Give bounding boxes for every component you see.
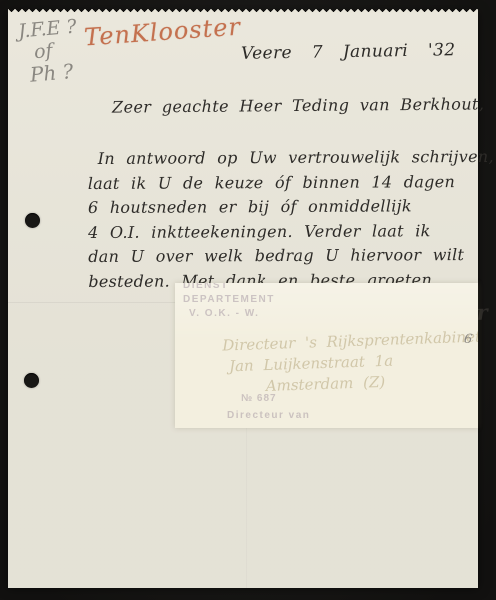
perforated-top-edge (8, 7, 478, 13)
red-pencil-name: TenKlooster (83, 13, 242, 52)
punch-hole-top (25, 213, 40, 228)
scanned-letter-page: { "scan": { "background_color": "#181715… (0, 0, 496, 600)
horizontal-fold-crease (8, 302, 175, 303)
stamp-footer-text: Directeur van (227, 410, 310, 421)
letter-paper: J.F.E ? of Ph ? TenKlooster Veere 7 Janu… (8, 12, 478, 588)
body-line: In antwoord op Uw vertrouwelijk schrijve… (88, 145, 480, 172)
letter-dateline: Veere 7 Januari '32 (241, 40, 456, 64)
document-number-stamp: № 687 (241, 393, 277, 404)
body-line: 6 houtsneden er bij óf onmiddellijk (88, 194, 480, 221)
department-stamp: Dienst Departement v. O.K. - W. (183, 283, 275, 321)
stamp-line: v. O.K. - W. (189, 307, 275, 321)
pencil-initials-alt: Ph ? (29, 59, 81, 85)
body-line: dan U over welk bedrag U hiervoor wilt (88, 243, 480, 270)
letter-body: In antwoord op Uw vertrouwelijk schrijve… (88, 145, 481, 294)
body-line: 4 O.I. inktteekeningen. Verder laat ik (88, 218, 480, 245)
vertical-fold-crease (246, 428, 247, 588)
archivist-pencil-note: J.F.E ? of Ph ? (17, 16, 81, 87)
stamp-line: Dienst (183, 283, 275, 293)
stamp-line: Departement (183, 293, 275, 307)
letter-salutation: Zeer geachte Heer Teding van Berkhout, (112, 94, 484, 116)
body-line: laat ik U de keuze óf binnen 14 dagen (88, 169, 480, 196)
bleed-through-address: Directeur 's Rijksprentenkabinet Jan Lui… (222, 327, 478, 399)
punch-hole-bottom (24, 373, 39, 388)
pasted-patch: Dienst Departement v. O.K. - W. Directeu… (175, 283, 478, 428)
